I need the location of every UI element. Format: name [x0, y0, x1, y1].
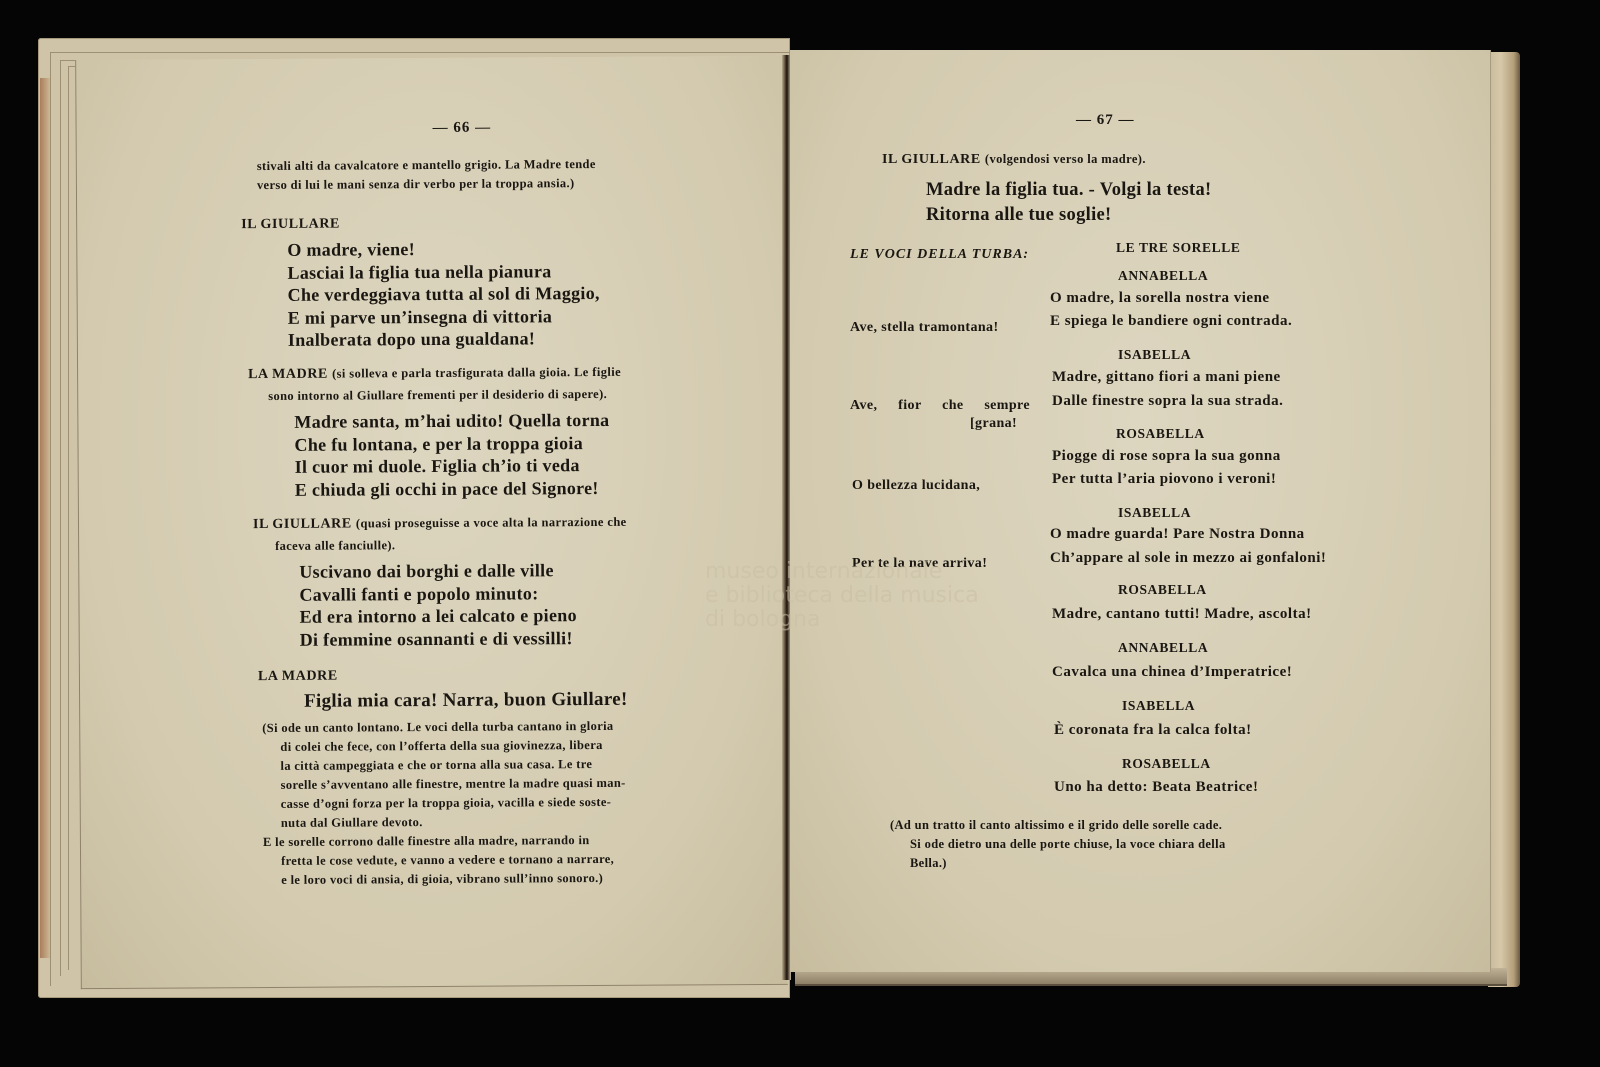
- verse-line: Lasciai la figlia tua nella pianura: [287, 259, 599, 283]
- crowd-line: O bellezza lucidana,: [852, 478, 980, 494]
- sister-line: È coronata fra la calca folta!: [1054, 722, 1252, 739]
- verse-line: Figlia mia cara! Narra, buon Giullare!: [304, 689, 628, 713]
- stage-direction: sono intorno al Giullare frementi per il…: [268, 385, 607, 406]
- sister-name: ISABELLA: [1118, 505, 1191, 521]
- page-number: — 66 —: [433, 120, 492, 137]
- verse-line: O madre, viene!: [287, 237, 599, 261]
- stage-line: verso di lui le mani senza dir verbo per…: [257, 173, 693, 195]
- crowd-line: Ave, fior che sempre: [850, 398, 1030, 414]
- verse-line: Cavalli fanti e popolo minuto:: [299, 582, 576, 606]
- verse-line: Madre santa, m’hai udito! Quella torna: [294, 409, 609, 433]
- speaker-name: IL GIULLARE: [253, 516, 352, 532]
- right-torn-edge: [1488, 52, 1520, 987]
- sister-name: ANNABELLA: [1118, 640, 1208, 656]
- page-edge-stain: [40, 78, 50, 958]
- open-book: — 66 — stivali alti da cavalcatore e man…: [0, 0, 1600, 1067]
- library-watermark: museo internazionale e biblioteca della …: [705, 560, 979, 632]
- verse-block: Madre la figlia tua. - Volgi la testa! R…: [926, 178, 1211, 228]
- stage-direction: (volgendosi verso la madre).: [985, 152, 1146, 166]
- speaker-with-direction: IL GIULLARE (quasi proseguisse a voce al…: [253, 515, 627, 533]
- verse-line: Ed era intorno a lei calcato e pieno: [300, 604, 577, 628]
- sister-line: Cavalca una chinea d’Imperatrice!: [1052, 664, 1292, 681]
- closing-stage-direction: (Ad un tratto il canto altissimo e il gr…: [890, 816, 1336, 873]
- crowd-line: Ave, stella tramontana!: [850, 320, 999, 336]
- sister-name: ANNABELLA: [1118, 268, 1208, 284]
- verse-line: Di femmine osannanti e di vessilli!: [300, 627, 577, 651]
- sister-name: ROSABELLA: [1116, 426, 1205, 442]
- sisters-heading: LE TRE SORELLE: [1116, 240, 1240, 256]
- watermark-line: e biblioteca della musica: [705, 584, 979, 608]
- left-page: — 66 — stivali alti da cavalcatore e man…: [75, 56, 788, 989]
- verse-line: Ritorna alle tue soglie!: [926, 203, 1211, 228]
- closing-stage-direction: (Si ode un canto lontano. Le voci della …: [262, 716, 703, 890]
- stage-line: e le loro voci di ansia, di gioia, vibra…: [263, 868, 703, 890]
- sister-line: Per tutta l’aria piovono i veroni!: [1052, 471, 1276, 488]
- crowd-heading: LE VOCI DELLA TURBA:: [850, 247, 1029, 263]
- verse-line: Che fu lontana, e per la troppa gioia: [294, 431, 609, 455]
- verse-line: E mi parve un’insegna di vittoria: [288, 304, 600, 328]
- sister-name: ROSABELLA: [1122, 756, 1211, 772]
- sister-name: ISABELLA: [1122, 698, 1195, 714]
- opening-stage-direction: stivali alti da cavalcatore e mantello g…: [257, 154, 693, 195]
- sister-line: Ch’appare al sole in mezzo ai gonfaloni!: [1050, 550, 1326, 567]
- verse-block: Uscivano dai borghi e dalle ville Cavall…: [299, 559, 577, 651]
- watermark-line: di bologna: [705, 608, 979, 632]
- verse-line: Madre la figlia tua. - Volgi la testa!: [926, 178, 1211, 203]
- sister-line: Madre, cantano tutti! Madre, ascolta!: [1052, 606, 1312, 623]
- stage-direction: (quasi proseguisse a voce alta la narraz…: [356, 515, 627, 531]
- verse-line: Uscivano dai borghi e dalle ville: [299, 559, 576, 583]
- verse-line: Il cuor mi duole. Figlia ch’io ti veda: [295, 454, 610, 478]
- page-number: — 67 —: [1076, 112, 1135, 129]
- verse-block: Madre santa, m’hai udito! Quella torna C…: [294, 409, 610, 501]
- speaker-name: IL GIULLARE: [241, 217, 340, 234]
- verse-block: O madre, viene! Lasciai la figlia tua ne…: [287, 237, 600, 351]
- crowd-line-continuation: [grana!: [970, 416, 1017, 432]
- right-page: — 67 — IL GIULLARE (volgendosi verso la …: [790, 50, 1491, 972]
- speaker-name: LA MADRE: [258, 669, 338, 685]
- stage-direction: (si solleva e parla trasfigurata dalla g…: [332, 365, 621, 381]
- speaker-name: IL GIULLARE: [882, 152, 981, 167]
- sister-line: Dalle finestre sopra la sua strada.: [1052, 393, 1283, 410]
- sister-line: O madre, la sorella nostra viene: [1050, 290, 1270, 307]
- stage-line: (Ad un tratto il canto altissimo e il gr…: [890, 816, 1336, 835]
- speaker-with-direction: IL GIULLARE (volgendosi verso la madre).: [882, 152, 1146, 168]
- sister-name: ROSABELLA: [1118, 582, 1207, 598]
- speaker-name: LA MADRE: [248, 367, 328, 382]
- sister-line: Uno ha detto: Beata Beatrice!: [1054, 779, 1258, 796]
- watermark-line: museo internazionale: [705, 560, 979, 584]
- sister-line: Madre, gittano fiori a mani piene: [1052, 369, 1281, 386]
- sister-line: E spiega le bandiere ogni contrada.: [1050, 313, 1292, 330]
- verse-line: E chiuda gli occhi in pace del Signore!: [295, 476, 610, 500]
- stage-line: Si ode dietro una delle porte chiuse, la…: [890, 835, 1336, 854]
- sister-line: Piogge di rose sopra la sua gonna: [1052, 448, 1281, 465]
- verse-line: Inalberata dopo una gualdana!: [288, 327, 600, 351]
- stage-direction: faceva alle fanciulle).: [275, 536, 395, 556]
- sister-name: ISABELLA: [1118, 347, 1191, 363]
- sister-line: O madre guarda! Pare Nostra Donna: [1050, 526, 1305, 543]
- verse-line: Che verdeggiava tutta al sol di Maggio,: [288, 282, 600, 306]
- stage-line: Bella.): [890, 854, 1336, 873]
- speaker-with-direction: LA MADRE (si solleva e parla trasfigurat…: [248, 365, 621, 383]
